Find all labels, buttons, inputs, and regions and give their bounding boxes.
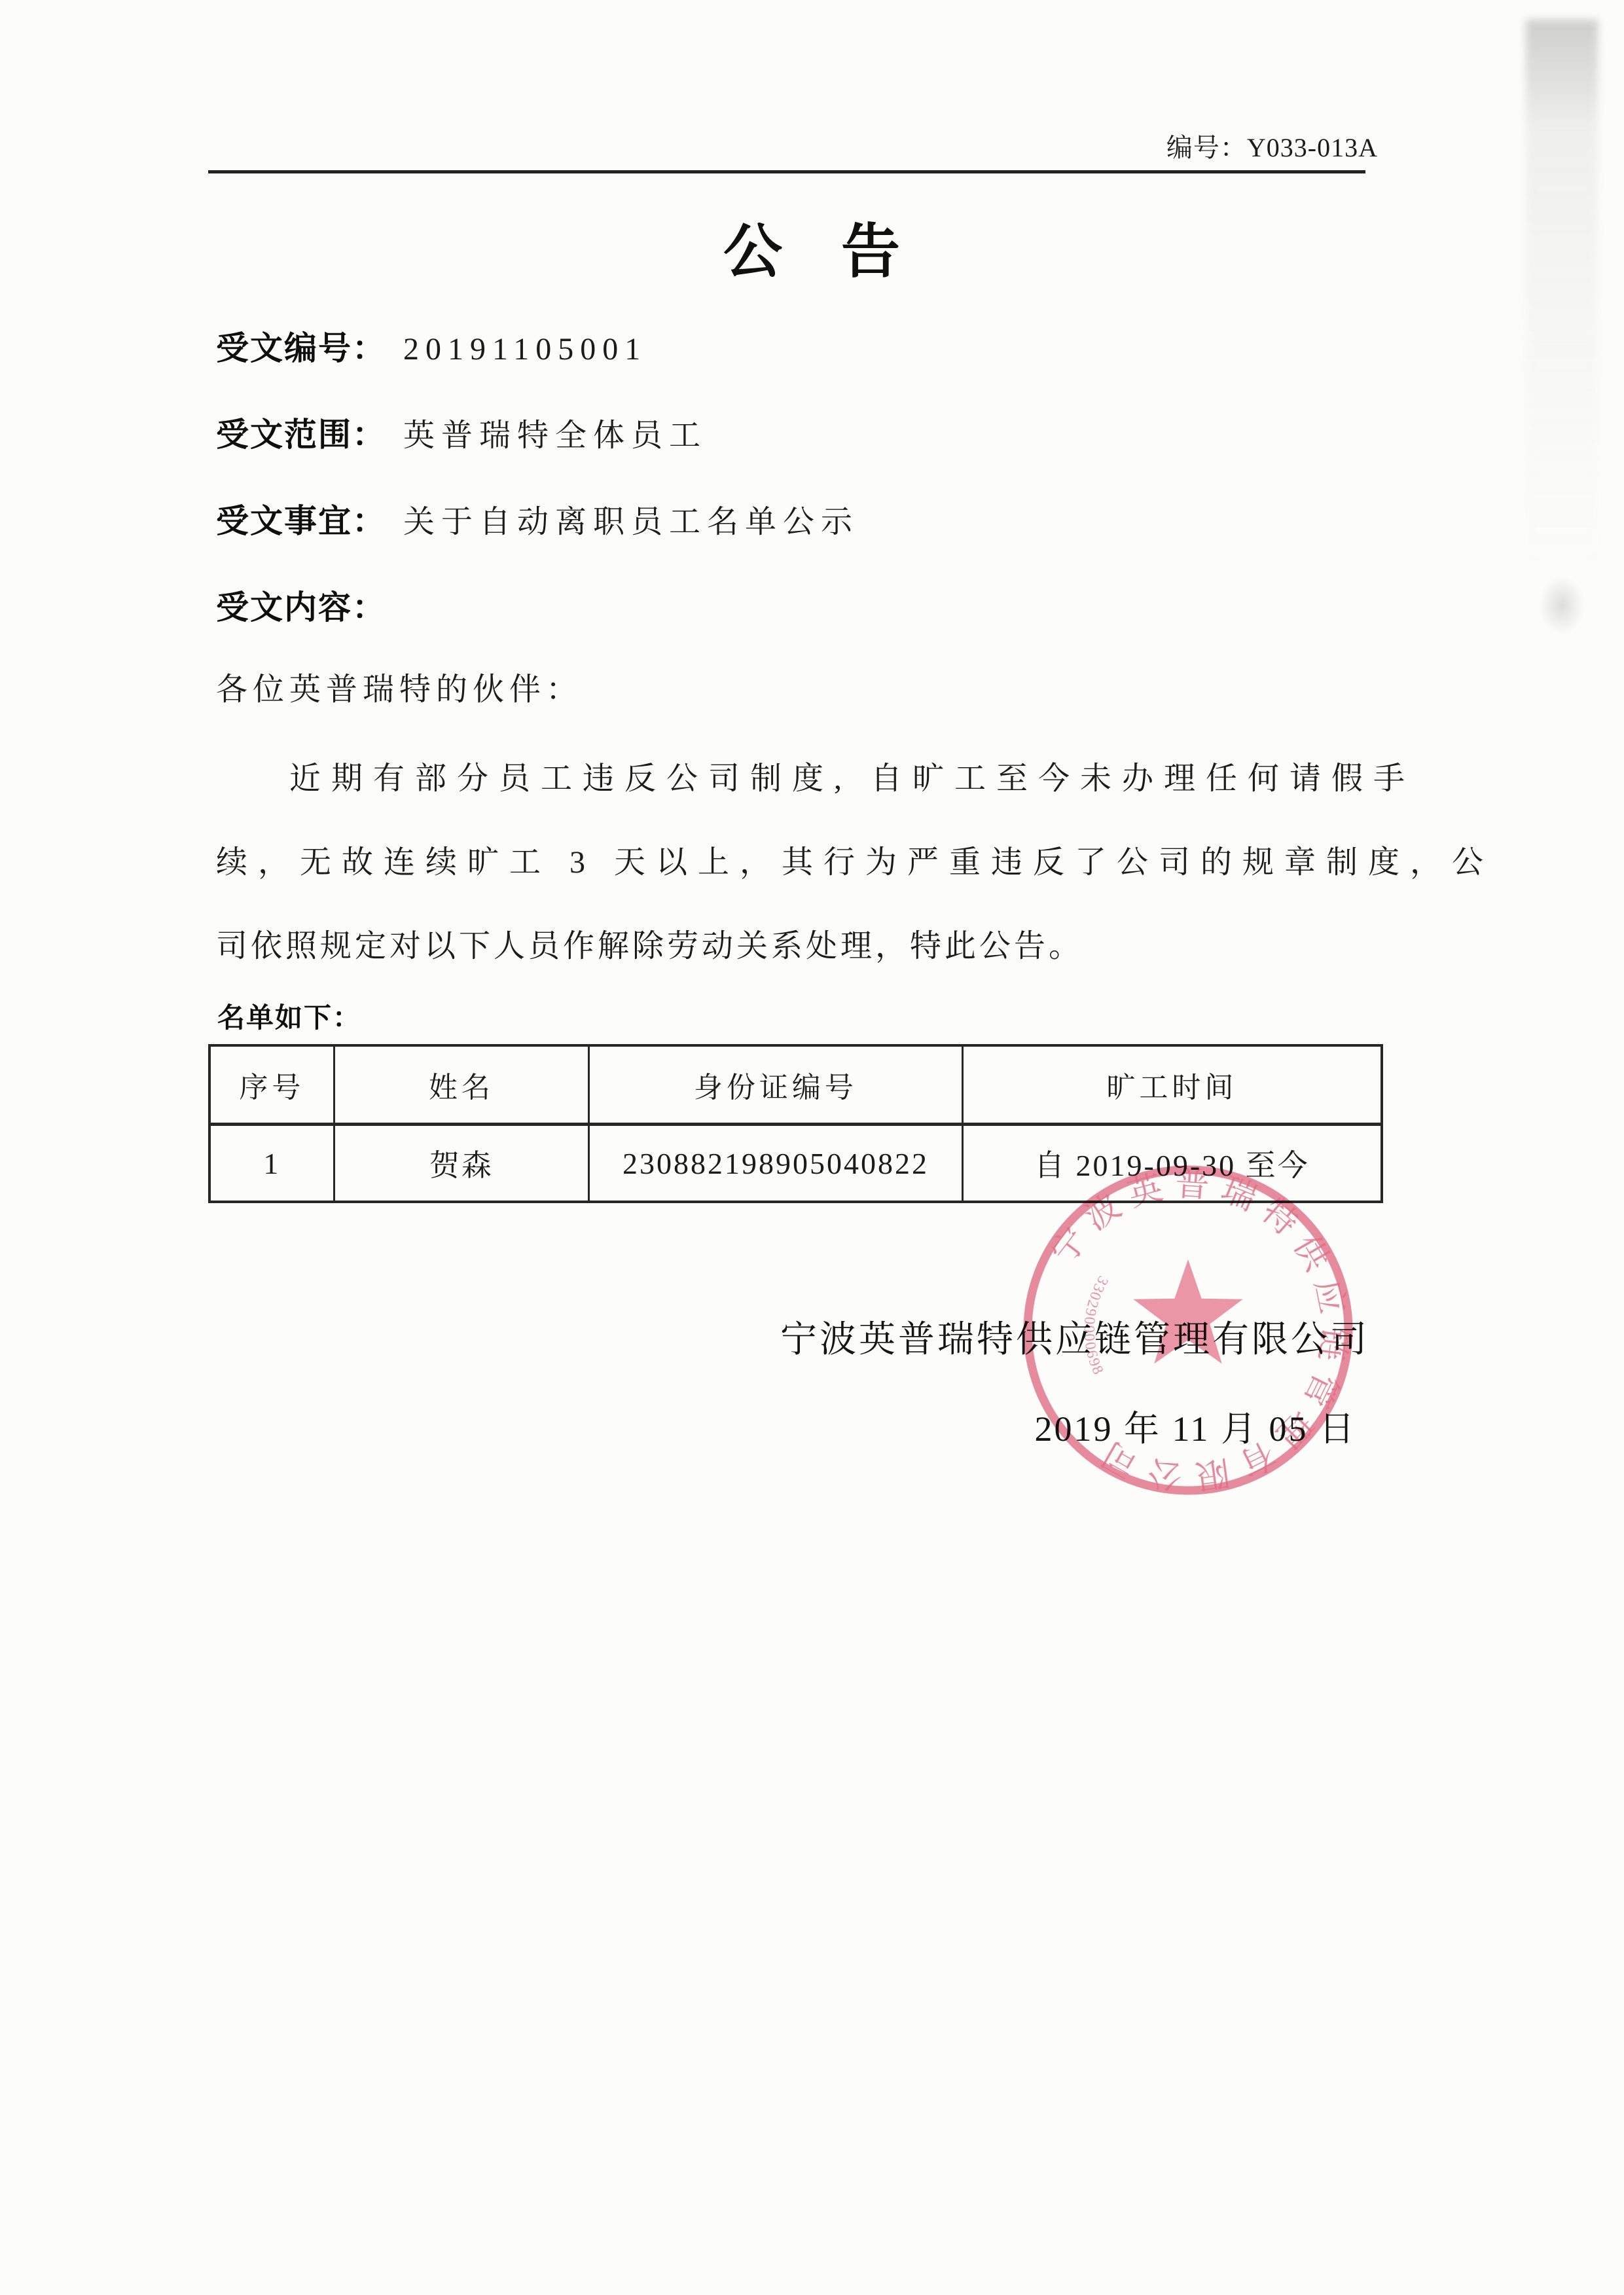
field-content: 受文内容：: [216, 581, 403, 621]
cell-name: 贺森: [334, 1125, 588, 1202]
col-header-absence-period: 旷工时间: [962, 1045, 1382, 1125]
seal-serial-number: 330290000698: [1081, 1273, 1112, 1378]
body-paragraph-line-1: 近期有部分员工违反公司制度, 自旷工至今未办理任何请假手: [216, 753, 1482, 798]
header-divider-line: [208, 170, 1365, 173]
field-subject: 受文事宜：关于自动离职员工名单公示: [216, 495, 859, 534]
body-paragraph-line-2: 续，无故连续旷工 3 天以上，其行为严重违反了公司的规章制度，公: [216, 837, 1409, 882]
doc-number: 编号：Y033-013A: [1166, 131, 1378, 165]
list-intro: 名单如下：: [217, 996, 361, 1036]
col-header-name: 姓名: [334, 1045, 588, 1125]
doc-number-value: Y033-013A: [1247, 133, 1378, 162]
scanned-announcement-document: 编号：Y033-013A 公 告 受文编号：20191105001 受文范围：英…: [0, 0, 1624, 2295]
body-paragraph-line-3: 司依照规定对以下人员作解除劳动关系处理，特此公告。: [216, 920, 1409, 966]
salutation: 各位英普瑞特的伙伴：: [216, 664, 583, 709]
scan-smudge: [1526, 20, 1598, 569]
field-doc-id-value: 20191105001: [403, 332, 647, 367]
cell-id-number: 230882198905040822: [589, 1125, 963, 1202]
field-scope: 受文范围：英普瑞特全体员工: [216, 408, 707, 448]
field-scope-value: 英普瑞特全体员工: [403, 418, 707, 453]
col-header-index: 序号: [209, 1045, 334, 1125]
cell-index: 1: [209, 1125, 334, 1202]
scan-smudge: [1539, 576, 1585, 635]
table-header-row: 序号 姓名 身份证编号 旷工时间: [209, 1045, 1382, 1125]
field-content-label: 受文内容：: [216, 589, 386, 626]
seal-star-icon: [1133, 1259, 1242, 1364]
doc-number-label: 编号：: [1166, 133, 1247, 162]
field-subject-value: 关于自动离职员工名单公示: [403, 505, 859, 539]
field-subject-label: 受文事宜：: [216, 503, 386, 539]
field-scope-label: 受文范围：: [216, 416, 386, 453]
company-seal-stamp: 宁波英普瑞特供应链管理有限公司 330290000698: [1005, 1147, 1371, 1513]
field-doc-id-label: 受文编号：: [216, 330, 386, 367]
field-doc-id: 受文编号：20191105001: [216, 322, 647, 361]
page-title: 公 告: [216, 220, 1407, 285]
col-header-id-number: 身份证编号: [589, 1045, 963, 1125]
